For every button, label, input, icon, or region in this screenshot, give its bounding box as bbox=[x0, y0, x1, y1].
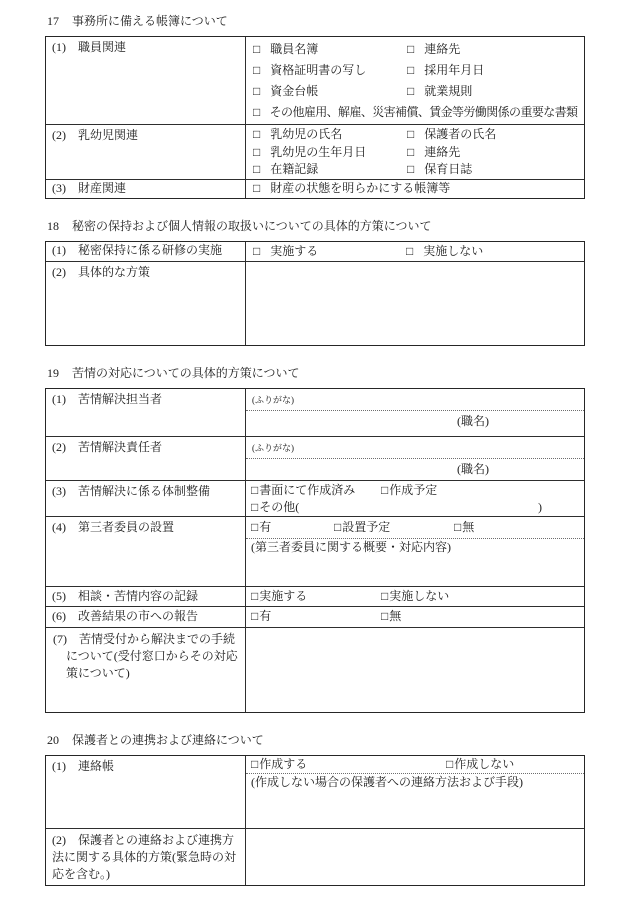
job-title-label: (職名) bbox=[457, 414, 489, 428]
furigana-label: (ふりがな) bbox=[252, 443, 294, 453]
row-label-third-party-committee: (4) 第三者委員の設置 bbox=[46, 517, 246, 586]
checkbox-property-ledger[interactable]: □ bbox=[253, 181, 260, 197]
row-label-complaint-procedure: (7) 苦情受付から解決までの手続について(受付窓口からその対応策について) bbox=[46, 628, 246, 712]
checkbox-committee-planned[interactable]: □ bbox=[334, 520, 341, 536]
checkbox-fund-ledger[interactable]: □ bbox=[253, 84, 260, 100]
checkbox-other-labor-docs[interactable]: □ bbox=[253, 105, 260, 121]
handler-name-input-area[interactable]: (職名) bbox=[246, 411, 584, 436]
table-row: (2) 乳幼児関連 □乳幼児の氏名 □保護者の氏名 □乳幼児の生年月日 □連絡先… bbox=[46, 124, 584, 179]
row-label-report-to-city: (6) 改善結果の市への報告 bbox=[46, 607, 246, 627]
option-label: 実施しない bbox=[423, 244, 483, 260]
option-label: 実施する bbox=[259, 589, 307, 605]
table-row: (5) 相談・苦情内容の記録 □実施する □実施しない bbox=[46, 586, 584, 606]
section-number: 18 bbox=[47, 219, 59, 233]
manager-name-input-area[interactable]: (職名) bbox=[246, 459, 584, 480]
option-label: 無 bbox=[462, 520, 474, 536]
committee-overview-input-area[interactable] bbox=[246, 557, 584, 586]
complaint-procedure-input-area[interactable] bbox=[246, 628, 584, 712]
checkbox-guardian-name[interactable]: □ bbox=[407, 127, 414, 143]
table-row: (6) 改善結果の市への報告 □有 □無 bbox=[46, 606, 584, 627]
checkbox-no-training[interactable]: □ bbox=[406, 244, 413, 260]
option-label: 作成予定 bbox=[389, 483, 437, 499]
checkbox-no-book[interactable]: □ bbox=[446, 757, 453, 773]
checkbox-childcare-diary[interactable]: □ bbox=[407, 162, 414, 178]
table-row: (2) 苦情解決責任者 (ふりがな) (職名) bbox=[46, 436, 584, 480]
table-row: (3) 苦情解決に係る体制整備 □書面にて作成済み □作成予定 □その他( ) bbox=[46, 480, 584, 516]
no-book-method-caption: (作成しない場合の保護者への連絡方法および手段) bbox=[246, 774, 584, 792]
section-heading: 秘密の保持および個人情報の取扱いについての具体的方策について bbox=[72, 219, 432, 233]
option-label: 実施する bbox=[270, 244, 318, 260]
checkbox-infant-name[interactable]: □ bbox=[253, 127, 260, 143]
option-label: 実施しない bbox=[389, 589, 449, 605]
option-label: 作成する bbox=[259, 757, 307, 773]
option-label: 採用年月日 bbox=[424, 63, 484, 79]
option-label: 財産の状態を明らかにする帳簿等 bbox=[270, 181, 450, 197]
checkbox-committee-no[interactable]: □ bbox=[454, 520, 461, 536]
checkbox-work-rules[interactable]: □ bbox=[407, 84, 414, 100]
checkbox-contact-info-2[interactable]: □ bbox=[407, 145, 414, 161]
option-label: その他( bbox=[259, 500, 299, 516]
checkbox-create-book[interactable]: □ bbox=[251, 757, 258, 773]
table-guardian-contact: (1) 連絡帳 □作成する □作成しない (作成しない場合の保護者への連絡方法お… bbox=[45, 755, 585, 886]
option-label: 有 bbox=[259, 609, 271, 625]
row-label-contact-measures: (2) 保護者との連絡および連携方法に関する具体的方策(緊急時の対応を含む。) bbox=[46, 829, 246, 885]
row-label-resolution-system: (3) 苦情解決に係る体制整備 bbox=[46, 481, 246, 516]
option-label: 乳幼児の氏名 bbox=[270, 127, 342, 143]
furigana-label: (ふりがな) bbox=[252, 395, 294, 405]
row-label-contact-book: (1) 連絡帳 bbox=[46, 756, 246, 828]
option-label: 設置予定 bbox=[342, 520, 390, 536]
section-complaints: 19苦情の対応についての具体的方策について (1) 苦情解決担当者 (ふりがな)… bbox=[45, 366, 585, 713]
option-label: 資金台帳 bbox=[270, 84, 318, 100]
table-complaints: (1) 苦情解決担当者 (ふりがな) (職名) (2) 苦情解決責任者 (ふりが… bbox=[45, 388, 585, 713]
option-label: 連絡先 bbox=[424, 42, 460, 58]
checkbox-record-no[interactable]: □ bbox=[381, 589, 388, 605]
section-title-18: 18秘密の保持および個人情報の取扱いについての具体的方策について bbox=[47, 219, 585, 237]
checkbox-conduct-training[interactable]: □ bbox=[253, 244, 260, 260]
checkbox-qualification-copy[interactable]: □ bbox=[253, 63, 260, 79]
option-label: 乳幼児の生年月日 bbox=[270, 145, 366, 161]
checkbox-staff-roster[interactable]: □ bbox=[253, 42, 260, 58]
section-title-19: 19苦情の対応についての具体的方策について bbox=[47, 366, 585, 384]
row-label-training: (1) 秘密保持に係る研修の実施 bbox=[46, 242, 246, 261]
row-label-complaint-manager: (2) 苦情解決責任者 bbox=[46, 437, 246, 480]
section-number: 19 bbox=[47, 366, 59, 380]
furigana-input-area[interactable]: (ふりがな) bbox=[246, 437, 584, 459]
checkbox-report-no[interactable]: □ bbox=[381, 609, 388, 625]
table-row: (7) 苦情受付から解決までの手続について(受付窓口からその対応策について) bbox=[46, 627, 584, 712]
other-close-paren: ) bbox=[538, 500, 542, 516]
option-label: その他雇用、解雇、災害補償、賃金等労働関係の重要な書類 bbox=[270, 105, 578, 121]
section-number: 17 bbox=[47, 14, 59, 28]
table-row: (1) 秘密保持に係る研修の実施 □実施する □実施しない bbox=[46, 242, 584, 261]
checkbox-committee-yes[interactable]: □ bbox=[251, 520, 258, 536]
row-label-complaint-recording: (5) 相談・苦情内容の記録 bbox=[46, 587, 246, 606]
contact-measures-input-area[interactable] bbox=[246, 829, 584, 885]
checkbox-report-yes[interactable]: □ bbox=[251, 609, 258, 625]
option-label: 有 bbox=[259, 520, 271, 536]
option-label: 資格証明書の写し bbox=[270, 63, 366, 79]
option-label: 在籍記録 bbox=[270, 162, 318, 178]
table-office-records: (1) 職員関連 □職員名簿 □連絡先 □資格証明書の写し □採用年月日 □資金… bbox=[45, 36, 585, 199]
checkbox-contact-info[interactable]: □ bbox=[407, 42, 414, 58]
section-guardian-contact: 20保護者との連携および連絡について (1) 連絡帳 □作成する □作成しない … bbox=[45, 733, 585, 886]
row-label-concrete-measures: (2) 具体的な方策 bbox=[46, 262, 246, 345]
option-label: 職員名簿 bbox=[270, 42, 318, 58]
row-label-infants: (2) 乳幼児関連 bbox=[46, 125, 246, 179]
section-heading: 保護者との連携および連絡について bbox=[72, 733, 264, 747]
row-label-staff: (1) 職員関連 bbox=[46, 37, 246, 124]
section-title-20: 20保護者との連携および連絡について bbox=[47, 733, 585, 751]
table-row: (2) 保護者との連絡および連携方法に関する具体的方策(緊急時の対応を含む。) bbox=[46, 828, 584, 885]
concrete-measures-input-area[interactable] bbox=[246, 262, 584, 345]
job-title-label: (職名) bbox=[457, 462, 489, 476]
section-number: 20 bbox=[47, 733, 59, 747]
checkbox-prepared-in-writing[interactable]: □ bbox=[251, 483, 258, 499]
table-row: (1) 苦情解決担当者 (ふりがな) (職名) bbox=[46, 389, 584, 436]
table-row: (1) 職員関連 □職員名簿 □連絡先 □資格証明書の写し □採用年月日 □資金… bbox=[46, 37, 584, 124]
section-confidentiality: 18秘密の保持および個人情報の取扱いについての具体的方策について (1) 秘密保… bbox=[45, 219, 585, 346]
checkbox-infant-birthdate[interactable]: □ bbox=[253, 145, 260, 161]
section-heading: 事務所に備える帳簿について bbox=[72, 14, 228, 28]
section-office-records: 17事務所に備える帳簿について (1) 職員関連 □職員名簿 □連絡先 □資格証… bbox=[45, 14, 585, 199]
option-label: 連絡先 bbox=[424, 145, 460, 161]
section-heading: 苦情の対応についての具体的方策について bbox=[72, 366, 300, 380]
table-row: (4) 第三者委員の設置 □有 □設置予定 □無 (第三者委員に関する概要・対応… bbox=[46, 516, 584, 586]
row-label-complaint-handler: (1) 苦情解決担当者 bbox=[46, 389, 246, 436]
option-label: 保育日誌 bbox=[424, 162, 472, 178]
checkbox-hire-date[interactable]: □ bbox=[407, 63, 414, 79]
option-label: 無 bbox=[389, 609, 401, 625]
table-confidentiality: (1) 秘密保持に係る研修の実施 □実施する □実施しない (2) 具体的な方策 bbox=[45, 241, 585, 346]
option-label: 保護者の氏名 bbox=[424, 127, 496, 143]
option-label: 書面にて作成済み bbox=[259, 483, 355, 499]
no-book-method-input-area[interactable] bbox=[246, 792, 584, 828]
checkbox-other[interactable]: □ bbox=[251, 500, 258, 516]
option-label: 作成しない bbox=[454, 757, 514, 773]
checkbox-enrollment-record[interactable]: □ bbox=[253, 162, 260, 178]
option-label: 就業規則 bbox=[424, 84, 472, 100]
row-label-property: (3) 財産関連 bbox=[46, 180, 246, 198]
committee-overview-caption: (第三者委員に関する概要・対応内容) bbox=[246, 539, 584, 557]
checkbox-preparation-planned[interactable]: □ bbox=[381, 483, 388, 499]
furigana-input-area[interactable]: (ふりがな) bbox=[246, 389, 584, 411]
table-row: (3) 財産関連 □財産の状態を明らかにする帳簿等 bbox=[46, 179, 584, 198]
table-row: (1) 連絡帳 □作成する □作成しない (作成しない場合の保護者への連絡方法お… bbox=[46, 756, 584, 828]
checkbox-record-yes[interactable]: □ bbox=[251, 589, 258, 605]
section-title-17: 17事務所に備える帳簿について bbox=[47, 14, 585, 32]
table-row: (2) 具体的な方策 bbox=[46, 261, 584, 345]
